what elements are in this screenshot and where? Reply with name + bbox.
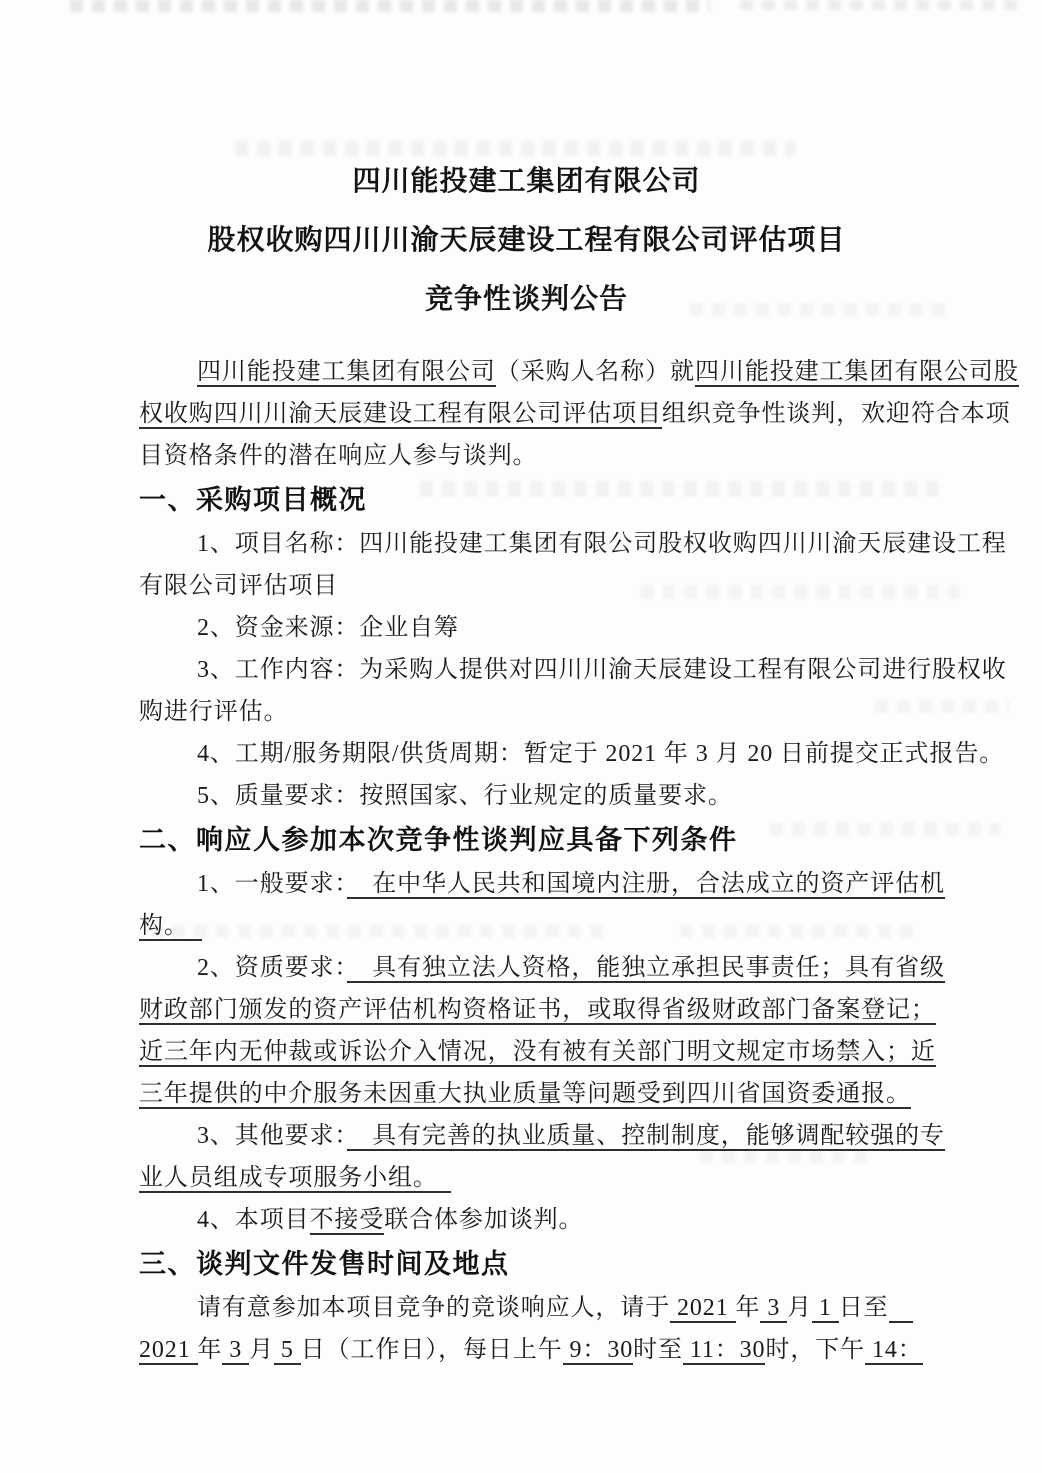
section-2-item-3-line-2: 业人员组成专项服务小组。	[139, 1157, 914, 1199]
scan-artifact	[740, 0, 1025, 10]
requirement-underlined: 财政部门颁发的资产评估机构资格证书，或取得省级财政部门备案登记；	[139, 997, 936, 1025]
project-name-underlined: 权收购四川川渝天辰建设工程有限公司评估项目	[139, 401, 662, 429]
day-value-underlined: 5	[274, 1337, 301, 1365]
section-2-item-2-line-1: 2、资质要求： 具有独立法人资格，能独立承担民事责任；具有省级	[139, 947, 914, 989]
requirement-underlined: 构。	[139, 913, 177, 941]
body-text: 年	[736, 1295, 761, 1321]
item-text: 4、本项目	[197, 1207, 310, 1233]
section-1-item-3-line-1: 3、工作内容：为采购人提供对四川川渝天辰建设工程有限公司进行股权收	[139, 649, 914, 691]
time-value-underlined: 9：30	[563, 1337, 634, 1365]
intro-line-1: 四川能投建工集团有限公司（采购人名称）就四川能投建工集团有限公司股	[139, 351, 914, 393]
day-value-underlined: 1	[812, 1295, 839, 1323]
document-title-line-3: 竞争性谈判公告	[139, 270, 914, 329]
document-body: 四川能投建工集团有限公司 股权收购四川川渝天辰建设工程有限公司评估项目 竞争性谈…	[139, 152, 914, 1371]
item-label: 3、其他要求：	[197, 1123, 347, 1149]
year-value-underlined: 2021	[670, 1295, 735, 1323]
body-text: 月	[787, 1295, 812, 1321]
section-3-line-2: 2021 年 3 月 5 日（工作日），每日上午 9：30时至 11：30时，下…	[139, 1329, 914, 1371]
section-1-item-1-line-2: 有限公司评估项目	[139, 565, 914, 607]
underline-tail	[889, 1295, 914, 1323]
requirement-underlined: 业人员组成专项服务小组。	[139, 1165, 426, 1193]
requirement-underlined: 三年提供的中介服务未因重大执业质量等问题受到四川省国资委通报。	[139, 1081, 911, 1109]
item-label: 1、一般要求：	[197, 871, 347, 897]
underline-tail	[177, 913, 202, 941]
underline-tail	[426, 1165, 451, 1193]
section-2-item-2-line-2: 财政部门颁发的资产评估机构资格证书，或取得省级财政部门备案登记；	[139, 989, 914, 1031]
month-value-underlined: 3	[222, 1337, 249, 1365]
item-text: 联合体参加谈判。	[384, 1207, 583, 1233]
section-2-item-4: 4、本项目不接受联合体参加谈判。	[139, 1199, 914, 1241]
section-2-item-1-line-1: 1、一般要求： 在中华人民共和国境内注册，合法成立的资产评估机	[139, 863, 914, 905]
section-1-item-3-line-2: 购进行评估。	[139, 691, 914, 733]
purchaser-name-underlined: 四川能投建工集团有限公司	[197, 359, 496, 387]
time-value-underlined: 14：	[865, 1337, 923, 1365]
section-1-heading: 一、采购项目概况	[139, 477, 914, 523]
intro-text: （采购人名称）就	[496, 359, 695, 385]
body-text: 年	[198, 1337, 223, 1363]
body-text: 日（工作日），每日上午	[301, 1337, 563, 1363]
scanned-document-page: 四川能投建工集团有限公司 股权收购四川川渝天辰建设工程有限公司评估项目 竞争性谈…	[0, 0, 1042, 1473]
section-1-item-5: 5、质量要求：按照国家、行业规定的质量要求。	[139, 775, 914, 817]
intro-text: 组织竞争性谈判，欢迎符合本项	[662, 401, 1011, 427]
section-2-heading: 二、响应人参加本次竞争性谈判应具备下列条件	[139, 817, 914, 863]
body-text: 请有意参加本项目竞争的竞谈响应人，请于	[197, 1295, 670, 1321]
section-1-item-4: 4、工期/服务期限/供货周期：暂定于 2021 年 3 月 20 日前提交正式报…	[139, 733, 914, 775]
intro-paragraph: 四川能投建工集团有限公司（采购人名称）就四川能投建工集团有限公司股 权收购四川川…	[139, 351, 914, 477]
not-accepted-underlined: 不接受	[310, 1207, 385, 1235]
document-title-line-2: 股权收购四川川渝天辰建设工程有限公司评估项目	[139, 211, 914, 270]
body-text: 日至	[839, 1295, 889, 1321]
section-1-item-1-line-1: 1、项目名称：四川能投建工集团有限公司股权收购四川川渝天辰建设工程	[139, 523, 914, 565]
scan-artifact	[70, 0, 710, 12]
time-value-underlined: 11：30	[683, 1337, 766, 1365]
body-text: 月	[249, 1337, 274, 1363]
item-label: 2、资质要求：	[197, 955, 347, 981]
intro-line-3: 目资格条件的潜在响应人参与谈判。	[139, 435, 914, 477]
year-value-underlined: 2021	[139, 1337, 198, 1365]
document-title-line-1: 四川能投建工集团有限公司	[139, 152, 914, 211]
requirement-underlined: 具有完善的执业质量、控制制度，能够调配较强的专	[347, 1123, 945, 1151]
section-1-item-2: 2、资金来源：企业自筹	[139, 607, 914, 649]
month-value-underlined: 3	[760, 1295, 787, 1323]
requirement-underlined: 近三年内无仲裁或诉讼介入情况，没有被有关部门明文规定市场禁入；近	[139, 1039, 936, 1067]
intro-line-2: 权收购四川川渝天辰建设工程有限公司评估项目组织竞争性谈判，欢迎符合本项	[139, 393, 914, 435]
requirement-underlined: 具有独立法人资格，能独立承担民事责任；具有省级	[347, 955, 945, 983]
section-2-item-2-line-4: 三年提供的中介服务未因重大执业质量等问题受到四川省国资委通报。	[139, 1073, 914, 1115]
project-name-underlined: 四川能投建工集团有限公司股	[695, 359, 1019, 387]
section-2-item-1-line-2: 构。	[139, 905, 914, 947]
section-3-line-1: 请有意参加本项目竞争的竞谈响应人，请于 2021 年 3 月 1 日至	[139, 1287, 914, 1329]
section-3-heading: 三、谈判文件发售时间及地点	[139, 1241, 914, 1287]
requirement-underlined: 在中华人民共和国境内注册，合法成立的资产评估机	[347, 871, 945, 899]
body-text: 时至	[633, 1337, 683, 1363]
section-2-item-2-line-3: 近三年内无仲裁或诉讼介入情况，没有被有关部门明文规定市场禁入；近	[139, 1031, 914, 1073]
section-2-item-3-line-1: 3、其他要求： 具有完善的执业质量、控制制度，能够调配较强的专	[139, 1115, 914, 1157]
body-text: 时，下午	[765, 1337, 865, 1363]
